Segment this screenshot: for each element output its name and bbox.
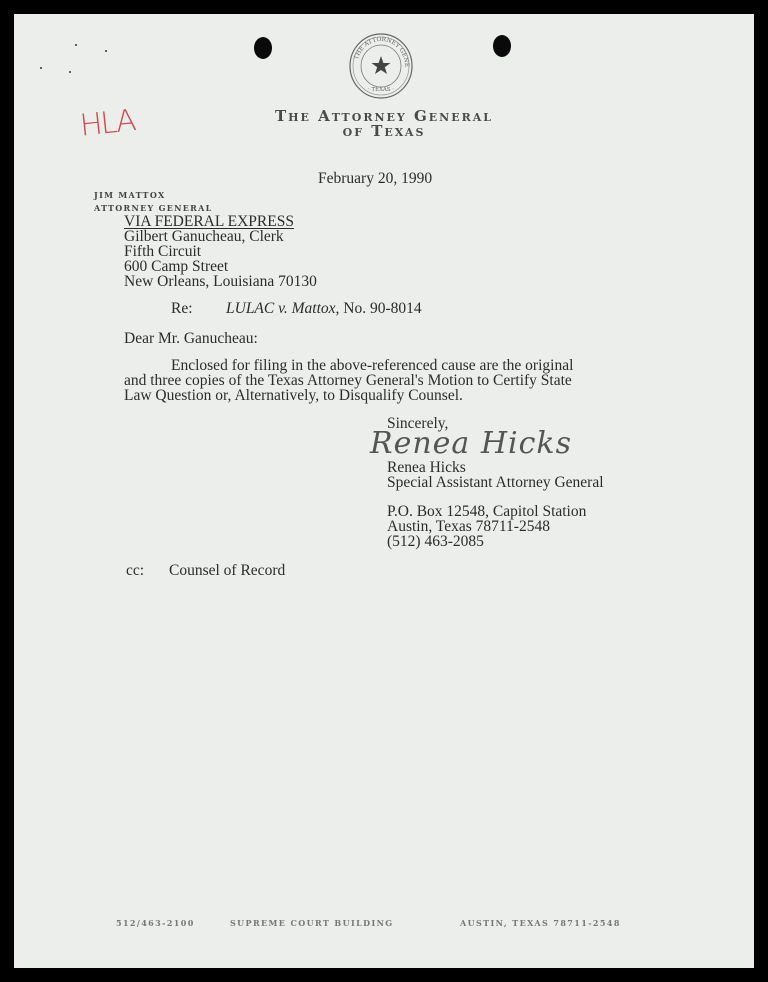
body-line: Enclosed for filing in the above-referen… bbox=[171, 358, 573, 373]
sender-title: Attorney General bbox=[94, 203, 213, 213]
speck bbox=[75, 44, 77, 46]
signer-name: Renea Hicks bbox=[387, 460, 466, 475]
footer-building: SUPREME COURT BUILDING bbox=[230, 918, 394, 928]
attorney-general-seal-icon: THE ATTORNEY GENERAL · TEXAS · bbox=[348, 32, 414, 100]
signer-address-line: Austin, Texas 78711-2548 bbox=[387, 519, 550, 534]
signer-title: Special Assistant Attorney General bbox=[387, 475, 604, 490]
cc-label: cc: bbox=[126, 563, 144, 578]
recipient-line: Fifth Circuit bbox=[124, 244, 201, 259]
punch-hole-right bbox=[493, 35, 511, 57]
recipient-line: New Orleans, Louisiana 70130 bbox=[124, 274, 317, 289]
body-line: Law Question or, Alternatively, to Disqu… bbox=[124, 388, 463, 403]
body-line: and three copies of the Texas Attorney G… bbox=[124, 373, 572, 388]
footer-city: AUSTIN, TEXAS 78711-2548 bbox=[460, 918, 621, 928]
reference-case-name: LULAC v. Mattox, bbox=[226, 300, 339, 317]
letter-date: February 20, 1990 bbox=[318, 171, 432, 186]
reference-label: Re: bbox=[171, 301, 193, 316]
delivery-method: VIA FEDERAL EXPRESS bbox=[124, 214, 294, 229]
recipient-line: 600 Camp Street bbox=[124, 259, 228, 274]
footer-phone: 512/463-2100 bbox=[116, 918, 195, 928]
punch-hole-left bbox=[254, 37, 272, 59]
signer-phone: (512) 463-2085 bbox=[387, 534, 484, 549]
handwritten-annotation: HLA bbox=[78, 103, 136, 144]
signer-address-line: P.O. Box 12548, Capitol Station bbox=[387, 504, 586, 519]
signature: Renea Hicks bbox=[370, 426, 572, 461]
sender-name: Jim Mattox bbox=[94, 190, 165, 200]
recipient-line: Gilbert Ganucheau, Clerk bbox=[124, 229, 284, 244]
reference-case: LULAC v. Mattox, No. 90-8014 bbox=[226, 301, 422, 316]
speck bbox=[40, 67, 42, 69]
cc-value: Counsel of Record bbox=[169, 563, 285, 578]
salutation: Dear Mr. Ganucheau: bbox=[124, 331, 258, 346]
reference-number: No. 90-8014 bbox=[343, 300, 421, 317]
speck bbox=[105, 50, 107, 52]
speck bbox=[69, 71, 71, 73]
svg-text:· TEXAS ·: · TEXAS · bbox=[368, 87, 394, 93]
letterhead-subtitle: of Texas bbox=[224, 122, 544, 140]
letter-page: HLA THE ATTORNEY GENERAL · TEXAS · The A… bbox=[14, 14, 754, 968]
